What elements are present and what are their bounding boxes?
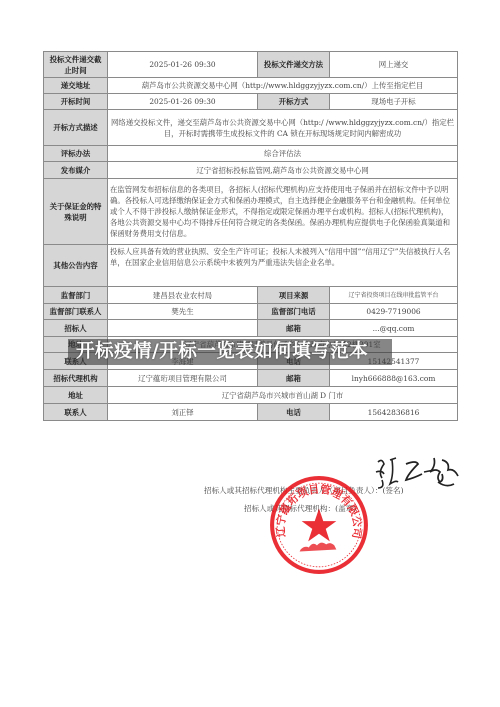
bid-deadline-label: 投标文件递交截止时间 — [44, 52, 108, 78]
supervisor-label: 监督部门 — [44, 287, 108, 304]
bid-submit-method-label: 投标文件递交方法 — [258, 52, 330, 78]
table-row: 递交地址 葫芦岛市公共资源交易中心网（http://www.hldggzyjyz… — [44, 78, 458, 94]
tenderer-value — [108, 320, 258, 337]
agency-phone-value: 15642836816 — [330, 404, 458, 421]
agency-contact-value: 刘正铎 — [108, 404, 258, 421]
opening-method-value: 现场电子开标 — [330, 94, 458, 110]
table-row: 关于保证金的特殊说明 在监管网发布招标信息的各类项目，各招标人(招标代理机构)应… — [44, 179, 458, 245]
supervisor-phone-label: 监督部门电话 — [258, 304, 330, 320]
company-seal-icon: 辽宁蕴珩项目管理有限公司 — [268, 474, 370, 576]
supervisor-phone-value: 0429-7719006 — [330, 304, 458, 320]
project-source-value: 辽宁省投资项目在线审批监管平台 — [330, 287, 458, 304]
table-row: 投标文件递交截止时间 2025-01-26 09:30 投标文件递交方法 网上递… — [44, 52, 458, 78]
media-label: 发布媒介 — [44, 162, 108, 179]
eval-method-label: 评标办法 — [44, 146, 108, 162]
tenderer-email-value: ...@qq.com — [330, 320, 458, 337]
table-row: 招标代理机构 辽宁蕴珩项目管理有限公司 邮箱 lnyh666888@163.co… — [44, 370, 458, 387]
project-source-label: 项目来源 — [258, 287, 330, 304]
opening-desc-value: 网络递交投标文件，递交至葫芦岛市公共资源交易中心网（http:/ /www.hl… — [108, 110, 458, 146]
opening-desc-label: 开标方式描述 — [44, 110, 108, 146]
table-row: 其他公告内容 投标人应具备有效的营业执照、安全生产许可证；投标人未被列入“信用中… — [44, 245, 458, 287]
other-notice-label: 其他公告内容 — [44, 245, 108, 287]
bid-deadline-value: 2025-01-26 09:30 — [108, 52, 258, 78]
supervisor-contact-label: 监督部门联系人 — [44, 304, 108, 320]
bid-submit-method-value: 网上递交 — [330, 52, 458, 78]
deposit-note-value: 在监管网发布招标信息的各类项目，各招标人(招标代理机构)应支持使用电子保函并在招… — [108, 179, 458, 245]
table-row: 开标方式描述 网络递交投标文件，递交至葫芦岛市公共资源交易中心网（http:/ … — [44, 110, 458, 146]
agency-label: 招标代理机构 — [44, 370, 108, 387]
tenderer-email-label: 邮箱 — [258, 320, 330, 337]
tender-info-table: 投标文件递交截止时间 2025-01-26 09:30 投标文件递交方法 网上递… — [43, 51, 458, 421]
supervisor-value: 建昌县农业农村局 — [108, 287, 258, 304]
title-banner: 开标疫情/开标一览表如何填写范本 — [76, 339, 396, 365]
table-row: 招标人 邮箱 ...@qq.com — [44, 320, 458, 337]
table-row: 监督部门 建昌县农业农村局 项目来源 辽宁省投资项目在线审批监管平台 — [44, 287, 458, 304]
agency-contact-label: 联系人 — [44, 404, 108, 421]
deposit-note-label: 关于保证金的特殊说明 — [44, 179, 108, 245]
agency-phone-label: 电话 — [258, 404, 330, 421]
opening-method-label: 开标方式 — [258, 94, 330, 110]
tenderer-label: 招标人 — [44, 320, 108, 337]
agency-address-label: 地址 — [44, 387, 108, 404]
agency-address-value: 辽宁省葫芦岛市兴城市首山湖 D 门市 — [108, 387, 458, 404]
table-row: 评标办法 综合评估法 — [44, 146, 458, 162]
submit-address-label: 递交地址 — [44, 78, 108, 94]
supervisor-contact-value: 樊先生 — [108, 304, 258, 320]
agency-value: 辽宁蕴珩项目管理有限公司 — [108, 370, 258, 387]
table-row: 开标时间 2025-01-26 09:30 开标方式 现场电子开标 — [44, 94, 458, 110]
table-row: 监督部门联系人 樊先生 监督部门电话 0429-7719006 — [44, 304, 458, 320]
agency-email-label: 邮箱 — [258, 370, 330, 387]
table-row: 发布媒介 辽宁省招标投标监管网,葫芦岛市公共资源交易中心网 — [44, 162, 458, 179]
submit-address-value: 葫芦岛市公共资源交易中心网（http://www.hldggzyjyzx.com… — [108, 78, 458, 94]
media-value: 辽宁省招标投标监管网,葫芦岛市公共资源交易中心网 — [108, 162, 458, 179]
table-row: 联系人 刘正铎 电话 15642836816 — [44, 404, 458, 421]
eval-method-value: 综合评估法 — [108, 146, 458, 162]
opening-time-value: 2025-01-26 09:30 — [108, 94, 258, 110]
other-notice-value: 投标人应具备有效的营业执照、安全生产许可证；投标人未被列入“信用中国”“信用辽宁… — [108, 245, 458, 287]
table-row: 地址 辽宁省葫芦岛市兴城市首山湖 D 门市 — [44, 387, 458, 404]
agency-email-value: lnyh666888@163.com — [330, 370, 458, 387]
opening-time-label: 开标时间 — [44, 94, 108, 110]
